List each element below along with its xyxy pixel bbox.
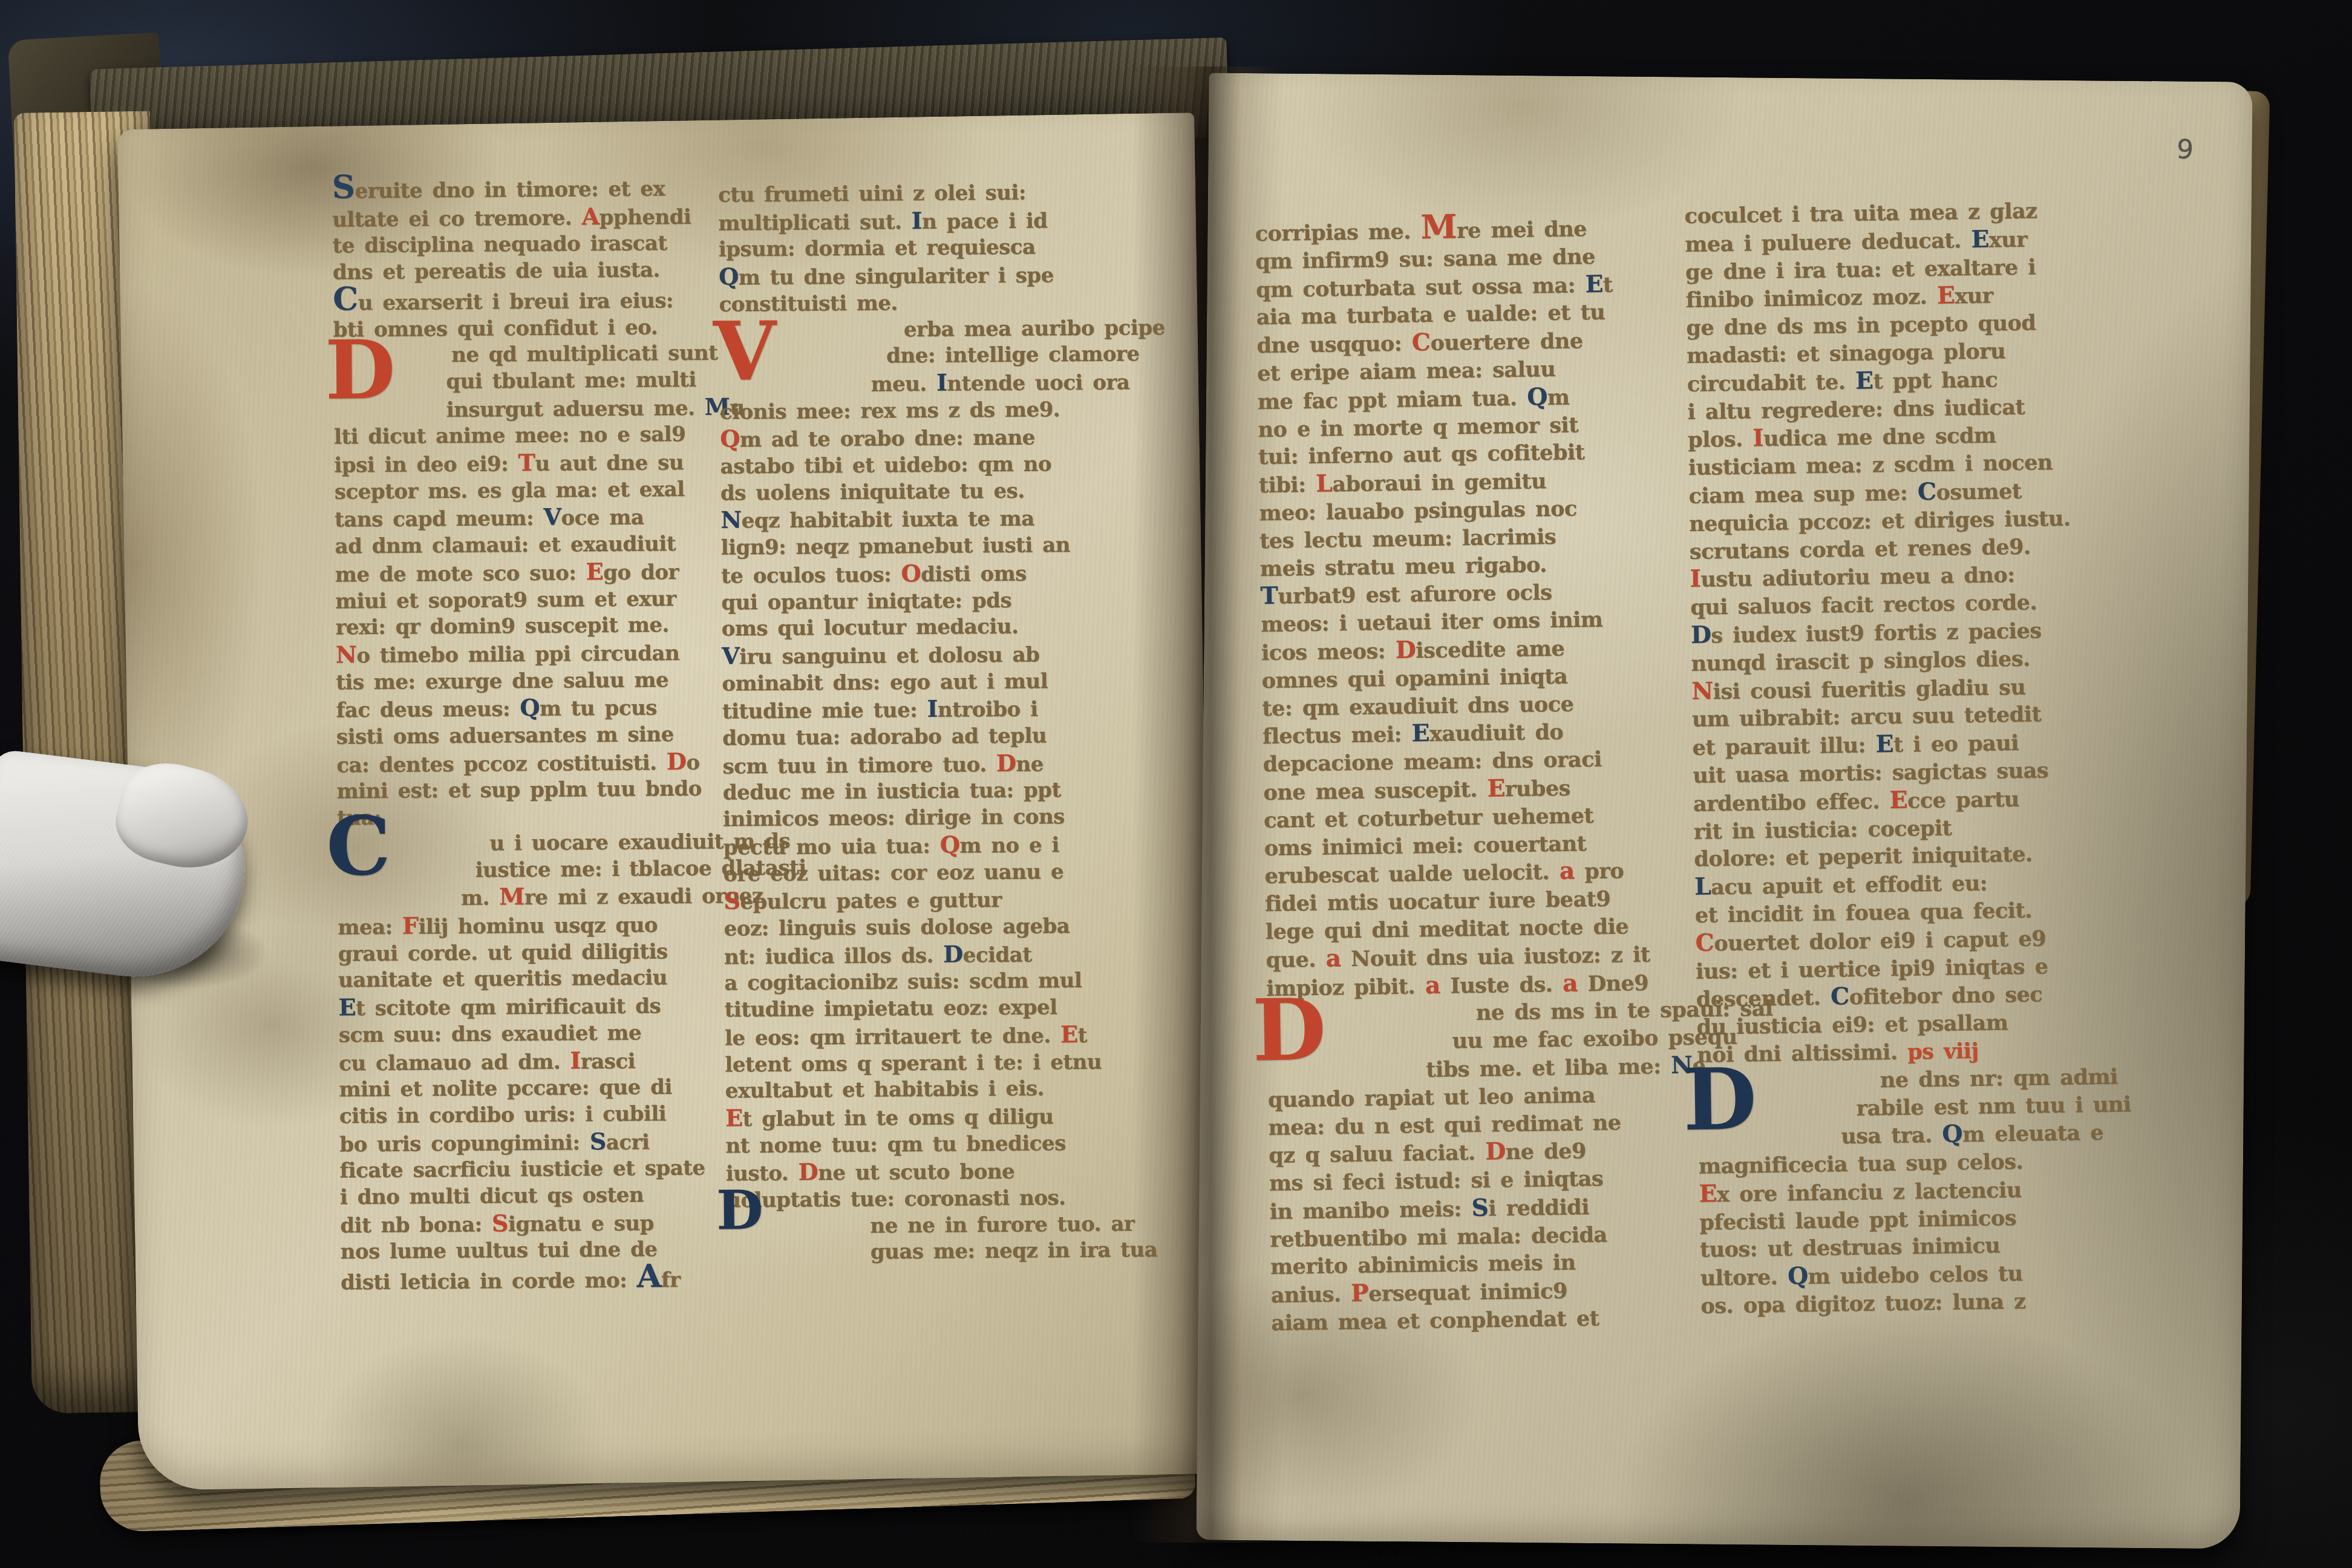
manuscript-line: Viru sanguinu et dolosu ab	[722, 639, 1127, 671]
manuscript-line: ne ne in furore tuo. ar	[726, 1211, 1131, 1241]
illuminated-initial: D	[716, 1183, 763, 1238]
text-column-left-1: DCSeruite dno in timore: et exultate ei …	[332, 171, 733, 1296]
manuscript-line: Neqz habitabit iuxta te ma	[720, 504, 1126, 535]
text-column-left-2: VDctu frumeti uini z olei sui:multiplica…	[718, 179, 1132, 1267]
manuscript-line: dit nb bona: Signatu e sup	[340, 1208, 732, 1240]
manuscript-line: me de mote sco suo: Ego dor	[335, 557, 727, 589]
manuscript-line: inimicos meos: dirige in cons	[723, 804, 1128, 834]
manuscript-line: sceptor ms. es gla ma: et exal	[335, 476, 727, 506]
manuscript-line: pectu mo uia tua: Qm no e i	[723, 830, 1128, 861]
manuscript-line: Et scitote qm mirificauit ds	[338, 991, 730, 1023]
manuscript-line: ominabit dns: ego aut i mul	[722, 668, 1127, 697]
manuscript-line: rexi: qr domin9 suscepit me.	[335, 612, 727, 642]
manuscript-line: mini est: et sup pplm tuu bndo	[337, 776, 729, 806]
illuminated-initial: D	[325, 330, 396, 411]
manuscript-line: te oculos tuos: Odisti oms	[721, 558, 1126, 590]
manuscript-line: ficate sacrficiu iusticie et spate	[339, 1155, 731, 1185]
manuscript-line: graui corde. ut quid diligitis	[338, 938, 730, 968]
manuscript-line: os. opa digitoz tuoz: luna z	[1700, 1287, 2102, 1321]
illuminated-initial: D	[1252, 988, 1326, 1074]
manuscript-line: lti dicut anime mee: no e sal9	[334, 422, 726, 451]
manuscript-line: constituisti me.	[719, 289, 1124, 318]
manuscript-line: a cogitacionibz suis: scdm mul	[724, 968, 1129, 998]
manuscript-line: astabo tibi et uidebo: qm no	[720, 451, 1125, 480]
manuscript-line: sisti oms aduersantes m sine	[336, 722, 728, 751]
manuscript-line: Sepulcru pates e guttur	[724, 885, 1129, 916]
manuscript-line: citis in cordibo uris: i cubili	[339, 1100, 731, 1130]
manuscript-line: iustice me: i tblacoe dlatasti	[338, 855, 730, 885]
manuscript-line: tis me: exurge dne saluu me	[336, 667, 728, 696]
manuscript-line: ad dnm clamaui: et exaudiuit	[335, 531, 727, 561]
manuscript-line: ds uolens iniquitate tu es.	[720, 477, 1126, 507]
manuscript-line: No timebo milia ppi circudan	[336, 638, 728, 670]
manuscript-line: iusticiam mea: z scdm i nocen	[1688, 448, 2089, 482]
manuscript-line: te disciplina nequado irascat	[332, 230, 724, 260]
manuscript-line: meu. Intende uoci ora	[719, 368, 1125, 399]
manuscript-line: uoluptatis tue: coronasti nos.	[726, 1184, 1131, 1214]
manuscript-line: iusto. Dne ut scuto bone	[726, 1157, 1131, 1188]
manuscript-line: uanitate et queritis medaciu	[338, 965, 730, 995]
manuscript-line: ge dne ds ms in pcepto quod	[1686, 309, 2087, 342]
manuscript-line: le eos: qm irritauert te dne. Et	[725, 1021, 1130, 1052]
manuscript-line: m. Mre mi z exaudi oroez	[338, 882, 730, 913]
illuminated-initial: V	[713, 311, 776, 393]
manuscript-line: multiplicati sut. In pace i id	[718, 206, 1123, 237]
manuscript-line: scm tuu in timore tuo. Dne	[722, 749, 1128, 780]
manuscript-line: guas me: neqz in ira tua	[727, 1238, 1132, 1267]
manuscript-line: ultate ei co tremore. Apphendi	[332, 202, 724, 234]
manuscript-line: bo uris copungimini: Sacri	[339, 1127, 731, 1158]
manuscript-line: Et glabut in te oms q diligu	[725, 1102, 1131, 1133]
text-column-right-2: Dcoculcet i tra uita mea z glazmea i pul…	[1684, 197, 2101, 1320]
manuscript-line: Qm ad te orabo dne: mane	[720, 423, 1125, 454]
manuscript-line: nt: iudica illos ds. Decidat	[724, 939, 1129, 971]
manuscript-line: lign9: neqz pmanebut iusti an	[721, 532, 1126, 562]
manuscript-line: tans capd meum: Voce ma	[335, 503, 727, 534]
manuscript-line: tua:	[337, 803, 729, 832]
manuscript-line: oms qui locutur medaciu.	[722, 613, 1127, 643]
manuscript-line: fac deus meus: Qm tu pcus	[336, 693, 728, 725]
manuscript-line: exultabut et habitabis i eis.	[725, 1076, 1131, 1105]
manuscript-line: i dno multi dicut qs osten	[340, 1181, 732, 1211]
text-column-right-1: Dcorripias me. Mre mei dneqm infirm9 su:…	[1255, 210, 1690, 1338]
manuscript-line: eoz: linguis suis dolose ageba	[724, 913, 1129, 942]
manuscript-line: Seruite dno in timore: et ex	[332, 171, 724, 205]
manuscript-line: ca: dentes pccoz costituisti. Do	[336, 748, 728, 779]
manuscript-line: nt nome tuu: qm tu bnedices	[725, 1130, 1131, 1160]
illuminated-initial: C	[326, 805, 391, 887]
manuscript-line: u i uocare exaudiuit m ds	[337, 829, 729, 858]
manuscript-line: disti leticia in corde mo: Afr	[341, 1263, 733, 1297]
manuscript-line: miui et soporat9 sum et exur	[335, 586, 727, 615]
manuscript-line: dns et pereatis de uia iusta.	[333, 257, 725, 287]
manuscript-line: Cu exarserit i breui ira eius:	[333, 283, 725, 317]
manuscript-line: qui opantur iniqtate: pds	[721, 587, 1126, 616]
manuscript-line: Ds iudex iust9 fortis z pacies	[1691, 616, 2092, 650]
manuscript-line: titudine mie tue: Introibo i	[722, 694, 1128, 726]
manuscript-line: scm suu: dns exaudiet me	[339, 1019, 731, 1049]
manuscript-line: ipsi in deo ei9: Tu aut dne su	[334, 448, 726, 480]
manuscript-line: mea: Filij hominu usqz quo	[338, 910, 730, 941]
illuminated-initial: D	[1682, 1057, 1757, 1143]
manuscript-line: cu clamauo ad dm. Irasci	[339, 1046, 731, 1077]
manuscript-line: nos lume uultus tui dne de	[341, 1236, 733, 1266]
manuscript-line: ore eoz uitas: cor eoz uanu e	[724, 858, 1129, 888]
manuscript-line: domu tua: adorabo ad teplu	[722, 722, 1128, 752]
manuscript-line: mini et nolite pccare: que di	[339, 1074, 731, 1104]
manuscript-line: ctu frumeti uini z olei sui:	[718, 179, 1123, 209]
manuscript-line: cionis mee: rex ms z ds me9.	[720, 396, 1125, 426]
manuscript-line: letent oms q sperant i te: i etnu	[725, 1049, 1130, 1079]
manuscript-line: erba mea auribo pcipe	[719, 315, 1125, 345]
manuscript-line: ipsum: dormia et requiesca	[719, 234, 1124, 264]
manuscript-line: dne: intellige clamore	[719, 342, 1125, 371]
manuscript-line: titudine impietatu eoz: expel	[725, 994, 1130, 1024]
manuscript-line: Qm tu dne singulariter i spe	[719, 261, 1124, 292]
manuscript-line: deduc me in iusticia tua: ppt	[723, 777, 1128, 807]
manuscript-line: usa tra. Qm eleuata e	[1698, 1119, 2099, 1153]
manuscript-line: descendet. Cofitebor dno sec	[1696, 979, 2097, 1014]
folio-number: 9	[2175, 134, 2194, 166]
